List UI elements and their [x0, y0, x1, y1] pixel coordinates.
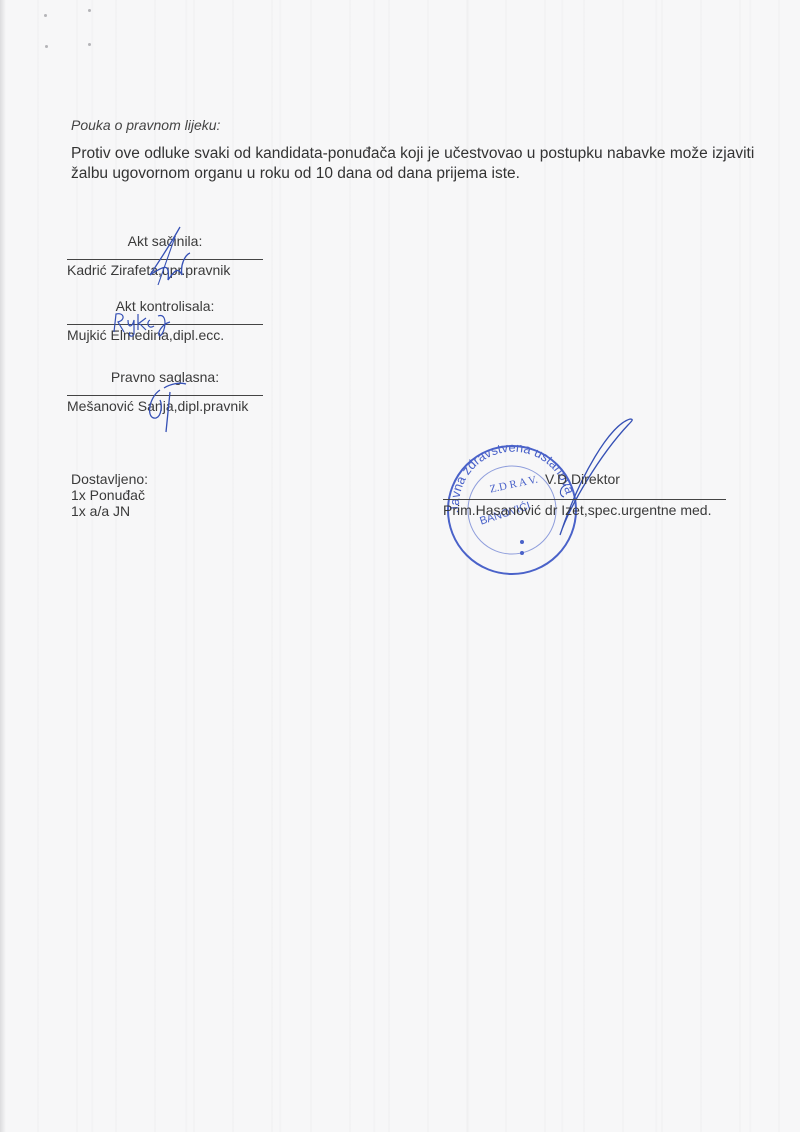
legal-remedy-paragraph: Protiv ove odluke svaki od kandidata-pon…: [71, 144, 771, 184]
director-name: Prim.Hasanović dr Izet,spec.urgentne med…: [443, 502, 711, 518]
director-signature-line: [443, 499, 726, 500]
handwritten-signature-icon: [140, 225, 200, 295]
distribution-title: Dostavljeno:: [71, 471, 148, 487]
scan-speck: [88, 9, 91, 12]
svg-text:Z.D R A V.: Z.D R A V.: [489, 474, 539, 496]
distribution-list: Dostavljeno: 1x Ponuđač 1x a/a JN: [71, 471, 148, 519]
scan-speck: [88, 43, 91, 46]
director-title: V.D Direktor: [545, 471, 620, 487]
scan-speck: [44, 14, 47, 17]
scan-edge: [0, 0, 6, 1132]
legal-remedy-heading: Pouka o pravnom lijeku:: [71, 117, 220, 133]
handwritten-signature-icon: [140, 380, 190, 435]
handwritten-signature-icon: [110, 310, 180, 340]
scan-speck: [45, 45, 48, 48]
distribution-item: 1x Ponuđač: [71, 487, 148, 503]
distribution-item: 1x a/a JN: [71, 503, 148, 519]
